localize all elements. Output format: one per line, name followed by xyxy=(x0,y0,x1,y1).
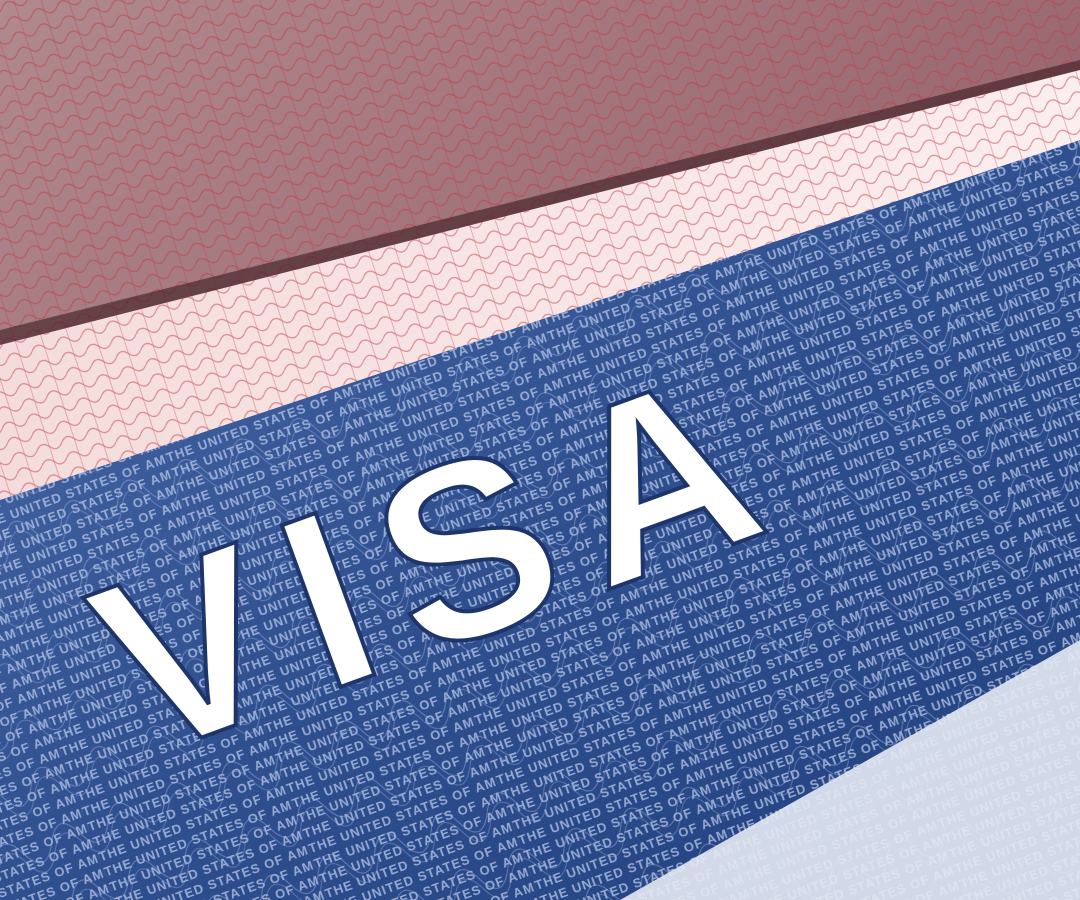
visa-photo: THE UNITED STATES OF AMERICA VISA xyxy=(0,0,1080,900)
